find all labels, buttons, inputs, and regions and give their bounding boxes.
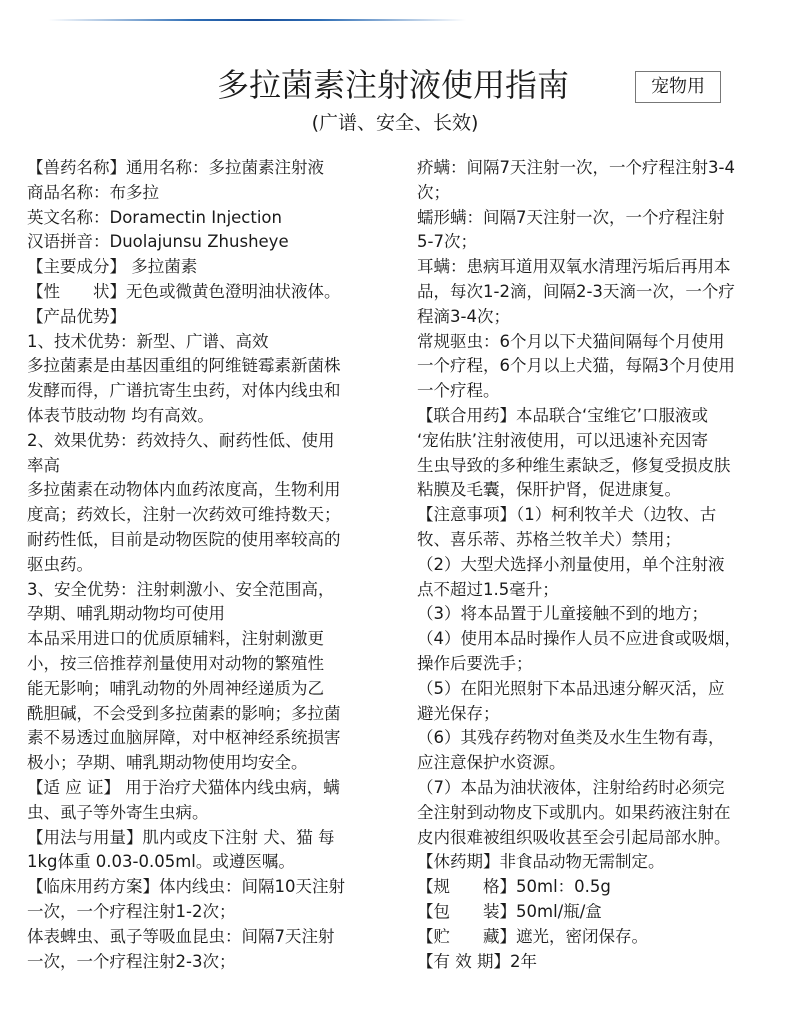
- text-line: 应注意保护水资源。: [417, 751, 773, 776]
- text-line: 【规 格】50ml：0.5g: [417, 875, 773, 900]
- text-line: 【产品优势】: [27, 305, 387, 330]
- text-line: （4）使用本品时操作人员不应进食或吸烟，: [417, 627, 773, 652]
- text-line: 体表节肢动物 均有高效。: [27, 404, 387, 429]
- text-line: 避光保存；: [417, 702, 773, 727]
- text-line: 虫、虱子等外寄生虫病。: [27, 801, 387, 826]
- text-line: 商品名称：布多拉: [27, 181, 387, 206]
- text-line: 【贮 藏】遮光，密闭保存。: [417, 925, 773, 950]
- text-line: 【包 装】50ml/瓶/盒: [417, 900, 773, 925]
- pet-use-badge: 宠物用: [635, 71, 721, 103]
- text-line: 发酵而得，广谱抗寄生虫药，对体内线虫和: [27, 379, 387, 404]
- text-line: 2、效果优势：药效持久、耐药性低、使用: [27, 429, 387, 454]
- text-line: 3、安全优势：注射刺激小、安全范围高，: [27, 578, 387, 603]
- text-line: 多拉菌素在动物体内血药浓度高，生物利用: [27, 478, 387, 503]
- text-line: 度高；药效长，注射一次药效可维持数天；: [27, 503, 387, 528]
- text-line: 一个疗程，6个月以上犬猫，每隔3个月使用: [417, 354, 773, 379]
- text-line: 生虫导致的多种维生素缺乏，修复受损皮肤: [417, 454, 773, 479]
- text-line: 【主要成分】 多拉菌素: [27, 255, 387, 280]
- text-line: 极小；孕期、哺乳期动物使用均安全。: [27, 751, 387, 776]
- text-line: 耳螨：患病耳道用双氧水清理污垢后再用本: [417, 255, 773, 280]
- text-line: 汉语拼音：Duolajunsu Zhusheye: [27, 230, 387, 255]
- text-line: 常规驱虫：6个月以下犬猫间隔每个月使用: [417, 330, 773, 355]
- text-line: 【注意事项】（1）柯利牧羊犬（边牧、古: [417, 503, 773, 528]
- text-line: 孕期、哺乳期动物均可使用: [27, 602, 387, 627]
- left-column: 【兽药名称】通用名称：多拉菌素注射液 商品名称：布多拉 英文名称：Doramec…: [27, 156, 387, 974]
- text-line: 牧、喜乐蒂、苏格兰牧羊犬）禁用；: [417, 528, 773, 553]
- text-line: 1kg体重 0.03-0.05ml。或遵医嘱。: [27, 850, 387, 875]
- right-column: 疥螨：间隔7天注射一次，一个疗程注射3-4 次； 蠕形螨：间隔7天注射一次，一个…: [417, 156, 773, 974]
- text-line: 【临床用药方案】体内线虫：间隔10天注射: [27, 875, 387, 900]
- text-line: （3）将本品置于儿童接触不到的地方；: [417, 602, 773, 627]
- text-line: 蠕形螨：间隔7天注射一次，一个疗程注射: [417, 206, 773, 231]
- text-line: 耐药性低，目前是动物医院的使用率较高的: [27, 528, 387, 553]
- text-line: 皮内很难被组织吸收甚至会引起局部水肿。: [417, 826, 773, 851]
- text-line: 【兽药名称】通用名称：多拉菌素注射液: [27, 156, 387, 181]
- text-line: 【联合用药】本品联合‘宝维它’口服液或: [417, 404, 773, 429]
- text-line: 全注射到动物皮下或肌内。如果药液注射在: [417, 801, 773, 826]
- text-line: （6）其残存药物对鱼类及水生生物有毒，: [417, 726, 773, 751]
- text-line: 1、技术优势：新型、广谱、高效: [27, 330, 387, 355]
- text-line: 【有 效 期】2年: [417, 950, 773, 975]
- text-line: 5-7次；: [417, 230, 773, 255]
- text-line: 【性 状】无色或微黄色澄明油状液体。: [27, 280, 387, 305]
- text-line: （5）在阳光照射下本品迅速分解灭活，应: [417, 677, 773, 702]
- text-line: 一次，一个疗程注射2-3次；: [27, 950, 387, 975]
- page-subtitle: (广谱、安全、长效): [0, 110, 790, 136]
- top-divider: [48, 19, 466, 21]
- text-line: 一个疗程。: [417, 379, 773, 404]
- text-line: 体表蜱虫、虱子等吸血昆虫：间隔7天注射: [27, 925, 387, 950]
- text-line: 能无影响；哺乳动物的外周神经递质为乙: [27, 677, 387, 702]
- text-line: 粘膜及毛囊，保肝护肾，促进康复。: [417, 478, 773, 503]
- text-line: 【用法与用量】肌内或皮下注射 犬、猫 每: [27, 826, 387, 851]
- text-line: 英文名称：Doramectin Injection: [27, 206, 387, 231]
- text-line: 酰胆碱，不会受到多拉菌素的影响；多拉菌: [27, 702, 387, 727]
- text-line: （7）本品为油状液体，注射给药时必须完: [417, 776, 773, 801]
- text-line: 品，每次1-2滴，间隔2-3天滴一次，一个疗: [417, 280, 773, 305]
- text-line: （2）大型犬选择小剂量使用，单个注射液: [417, 553, 773, 578]
- text-line: 率高: [27, 454, 387, 479]
- text-line: ‘宠佑肤’注射液使用，可以迅速补充因寄: [417, 429, 773, 454]
- text-line: 点不超过1.5毫升；: [417, 578, 773, 603]
- text-line: 一次，一个疗程注射1-2次；: [27, 900, 387, 925]
- text-line: 多拉菌素是由基因重组的阿维链霉素新菌株: [27, 354, 387, 379]
- text-line: 【适 应 证】 用于治疗犬猫体内线虫病，螨: [27, 776, 387, 801]
- text-line: 疥螨：间隔7天注射一次，一个疗程注射3-4: [417, 156, 773, 181]
- text-line: 本品采用进口的优质原辅料，注射刺激更: [27, 627, 387, 652]
- text-line: 驱虫药。: [27, 553, 387, 578]
- text-line: 操作后要洗手；: [417, 652, 773, 677]
- text-line: 【休药期】非食品动物无需制定。: [417, 850, 773, 875]
- text-line: 程滴3-4次；: [417, 305, 773, 330]
- text-line: 次；: [417, 181, 773, 206]
- text-line: 小，按三倍推荐剂量使用对动物的繁殖性: [27, 652, 387, 677]
- text-line: 素不易透过血脑屏障，对中枢神经系统损害: [27, 726, 387, 751]
